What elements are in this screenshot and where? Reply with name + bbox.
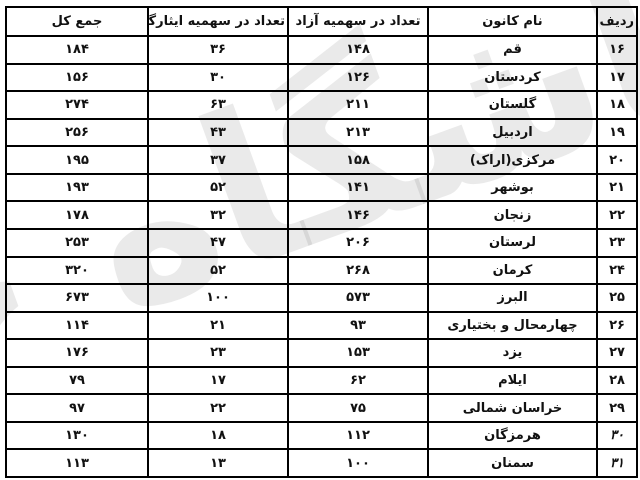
table-row: ۲۱بوشهر۱۴۱۵۲۱۹۳ [6, 174, 637, 202]
table-row: ۲۶چهارمحال و بختیاری۹۳۲۱۱۱۴ [6, 312, 637, 340]
veteran-quota-cell: ۱۰۰ [148, 284, 288, 312]
rank-header: ردیف [597, 7, 637, 36]
total-cell: ۶۷۳ [6, 284, 148, 312]
total-cell: ۲۵۶ [6, 119, 148, 147]
rank-cell: ۲۹ [597, 394, 637, 422]
center-name-cell: ایلام [428, 367, 597, 395]
total-cell: ۱۷۶ [6, 339, 148, 367]
rank-cell: ۱۶ [597, 36, 637, 64]
table-row: ۳۱سمنان۱۰۰۱۳۱۱۳ [6, 449, 637, 477]
table-row: ۳۰هرمزگان۱۱۲۱۸۱۳۰ [6, 422, 637, 450]
center-name-cell: هرمزگان [428, 422, 597, 450]
total-cell: ۳۲۰ [6, 257, 148, 285]
total-cell: ۱۱۴ [6, 312, 148, 340]
total-cell: ۱۵۶ [6, 64, 148, 92]
veteran-quota-header: تعداد در سهمیه ایثارگر [148, 7, 288, 36]
free-quota-cell: ۱۵۸ [288, 146, 428, 174]
center-name-cell: زنجان [428, 201, 597, 229]
veteran-quota-cell: ۳۶ [148, 36, 288, 64]
total-cell: ۱۷۸ [6, 201, 148, 229]
center-name-cell: چهارمحال و بختیاری [428, 312, 597, 340]
rank-cell: ۲۲ [597, 201, 637, 229]
free-quota-cell: ۱۴۸ [288, 36, 428, 64]
center-name-cell: مرکزی(اراک) [428, 146, 597, 174]
rank-cell: ۱۸ [597, 91, 637, 119]
veteran-quota-cell: ۳۲ [148, 201, 288, 229]
free-quota-cell: ۷۵ [288, 394, 428, 422]
table-row: ۲۰مرکزی(اراک)۱۵۸۳۷۱۹۵ [6, 146, 637, 174]
veteran-quota-cell: ۵۲ [148, 174, 288, 202]
center-name-cell: خراسان شمالی [428, 394, 597, 422]
rank-cell: ۲۴ [597, 257, 637, 285]
center-name-cell: یزد [428, 339, 597, 367]
rank-cell: ۲۱ [597, 174, 637, 202]
quota-table: ردیفنام کانونتعداد در سهمیه آزادتعداد در… [5, 6, 638, 478]
table-row: ۱۶قم۱۴۸۳۶۱۸۴ [6, 36, 637, 64]
total-cell: ۹۷ [6, 394, 148, 422]
veteran-quota-cell: ۲۳ [148, 339, 288, 367]
free-quota-cell: ۱۲۶ [288, 64, 428, 92]
total-cell: ۷۹ [6, 367, 148, 395]
free-quota-cell: ۱۴۱ [288, 174, 428, 202]
total-cell: ۱۳۰ [6, 422, 148, 450]
table-row: ۱۹اردبیل۲۱۳۴۳۲۵۶ [6, 119, 637, 147]
veteran-quota-cell: ۴۳ [148, 119, 288, 147]
center-name-cell: البرز [428, 284, 597, 312]
total-cell: ۱۸۴ [6, 36, 148, 64]
rank-cell: ۱۷ [597, 64, 637, 92]
veteran-quota-cell: ۱۸ [148, 422, 288, 450]
rank-cell: ۳۱ [597, 449, 637, 477]
table-row: ۲۸ایلام۶۲۱۷۷۹ [6, 367, 637, 395]
table-row: ۲۲زنجان۱۴۶۳۲۱۷۸ [6, 201, 637, 229]
table-row: ۲۷یزد۱۵۳۲۳۱۷۶ [6, 339, 637, 367]
free-quota-cell: ۲۶۸ [288, 257, 428, 285]
rank-cell: ۲۵ [597, 284, 637, 312]
veteran-quota-cell: ۱۷ [148, 367, 288, 395]
veteran-quota-cell: ۲۱ [148, 312, 288, 340]
free-quota-cell: ۶۲ [288, 367, 428, 395]
rank-cell: ۳۰ [597, 422, 637, 450]
rank-cell: ۲۳ [597, 229, 637, 257]
header-row: ردیفنام کانونتعداد در سهمیه آزادتعداد در… [6, 7, 637, 36]
free-quota-cell: ۲۱۳ [288, 119, 428, 147]
free-quota-cell: ۹۳ [288, 312, 428, 340]
center-name-cell: لرستان [428, 229, 597, 257]
rank-cell: ۲۰ [597, 146, 637, 174]
rank-cell: ۱۹ [597, 119, 637, 147]
center-name-cell: گلستان [428, 91, 597, 119]
veteran-quota-cell: ۱۳ [148, 449, 288, 477]
center-name-cell: کرمان [428, 257, 597, 285]
table-row: ۲۵البرز۵۷۳۱۰۰۶۷۳ [6, 284, 637, 312]
center-name-cell: قم [428, 36, 597, 64]
free-quota-cell: ۱۱۲ [288, 422, 428, 450]
free-quota-cell: ۱۴۶ [288, 201, 428, 229]
table-body: ۱۶قم۱۴۸۳۶۱۸۴۱۷کردستان۱۲۶۳۰۱۵۶۱۸گلستان۲۱۱… [6, 36, 637, 477]
table-row: ۲۹خراسان شمالی۷۵۲۲۹۷ [6, 394, 637, 422]
veteran-quota-cell: ۳۰ [148, 64, 288, 92]
center-name-cell: بوشهر [428, 174, 597, 202]
free-quota-header: تعداد در سهمیه آزاد [288, 7, 428, 36]
total-cell: ۲۷۴ [6, 91, 148, 119]
rank-cell: ۲۷ [597, 339, 637, 367]
table-row: ۲۴کرمان۲۶۸۵۲۳۲۰ [6, 257, 637, 285]
total-cell: ۱۹۳ [6, 174, 148, 202]
table-row: ۱۸گلستان۲۱۱۶۳۲۷۴ [6, 91, 637, 119]
free-quota-cell: ۱۵۳ [288, 339, 428, 367]
center-name-cell: اردبیل [428, 119, 597, 147]
total-cell: ۲۵۳ [6, 229, 148, 257]
total-header: جمع کل [6, 7, 148, 36]
total-cell: ۱۹۵ [6, 146, 148, 174]
veteran-quota-cell: ۶۳ [148, 91, 288, 119]
page: باشگاه خبری ردیفنام کانونتعداد در سهمیه … [0, 0, 640, 480]
free-quota-cell: ۲۰۶ [288, 229, 428, 257]
free-quota-cell: ۵۷۳ [288, 284, 428, 312]
free-quota-cell: ۱۰۰ [288, 449, 428, 477]
center-name-cell: سمنان [428, 449, 597, 477]
veteran-quota-cell: ۵۲ [148, 257, 288, 285]
veteran-quota-cell: ۳۷ [148, 146, 288, 174]
veteran-quota-cell: ۲۲ [148, 394, 288, 422]
veteran-quota-cell: ۴۷ [148, 229, 288, 257]
rank-cell: ۲۸ [597, 367, 637, 395]
table-row: ۱۷کردستان۱۲۶۳۰۱۵۶ [6, 64, 637, 92]
center-name-cell: کردستان [428, 64, 597, 92]
rank-cell: ۲۶ [597, 312, 637, 340]
center-name-header: نام کانون [428, 7, 597, 36]
free-quota-cell: ۲۱۱ [288, 91, 428, 119]
table-row: ۲۳لرستان۲۰۶۴۷۲۵۳ [6, 229, 637, 257]
total-cell: ۱۱۳ [6, 449, 148, 477]
